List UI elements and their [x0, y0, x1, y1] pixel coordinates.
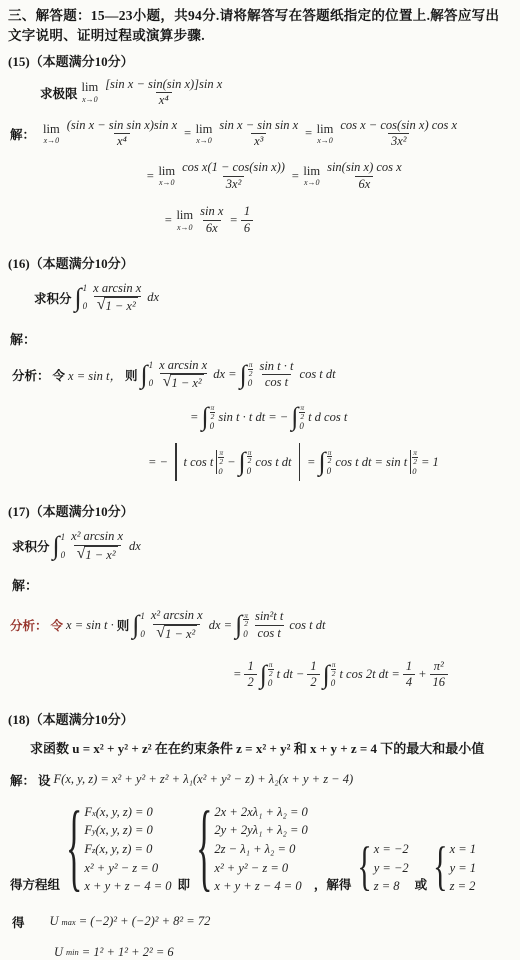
two: 2	[210, 412, 216, 421]
upper-bound-pi-over-2: π2	[243, 612, 249, 628]
fraction: cos x(1 − cos(sin x))3x²	[179, 160, 288, 192]
equals-sign: =	[229, 213, 237, 228]
lim-word: lim	[82, 81, 99, 94]
left-brace: {	[66, 801, 82, 900]
upper-bound-pi-over-2: π2	[299, 404, 305, 420]
upper-bound-pi-over-2: π2	[210, 404, 216, 420]
lower-bound: 0	[299, 422, 305, 431]
lower-bound: 0	[210, 422, 216, 431]
radicand: 1 − x²	[164, 625, 197, 643]
left-brace: {	[357, 841, 371, 895]
eval-bounds: π20	[218, 449, 224, 475]
solution-set-1: { x = −2 y = −2 z = 8	[357, 842, 408, 895]
u-symbol: U	[54, 945, 63, 960]
numerator: π²	[431, 659, 447, 675]
integral-0-pi2: ∫π20	[318, 449, 332, 476]
integrand: sin t · t dt	[218, 410, 265, 425]
lim-subscript: x→0	[304, 179, 320, 187]
numerator: 1	[244, 659, 256, 675]
lim-subscript: x→0	[159, 179, 175, 187]
denominator: 3x²	[388, 133, 410, 150]
equation-text: (x, y, z) = 0	[96, 805, 153, 821]
numerator: x arcsin x	[156, 358, 210, 374]
lim-word: lim	[317, 123, 334, 136]
upper-bound-pi-over-2: π2	[331, 661, 337, 677]
fraction: sin t · tcos t	[256, 359, 296, 391]
f-symbol: F	[84, 823, 92, 839]
upper-bound: 1	[83, 284, 88, 293]
q18-prompt: 求函数 u = x² + y² + z² 在在约束条件 z = x² + y² …	[30, 738, 512, 757]
q17-analysis-line: 分析： 令 x = sin t · 则 ∫10 x² arcsin x√1 − …	[10, 608, 512, 642]
plus-sign: +	[418, 667, 426, 682]
denominator: cos t	[262, 374, 291, 391]
equation-row: x + y + z − 4 = 0	[84, 879, 171, 895]
integral-0-pi2: ∫π20	[323, 661, 337, 688]
limit-operator: limx→0	[43, 123, 60, 146]
two: 2	[412, 457, 418, 466]
upper-bound-pi-over-2: π2	[412, 449, 418, 465]
ling-label: 令	[51, 616, 64, 634]
upper-bound: 1	[140, 612, 145, 621]
q16-analysis-line: 分析： 令 x = sin t， 则 ∫10 x arcsin x√1 − x²…	[12, 358, 512, 392]
q16-jie-label: 解：	[10, 329, 512, 348]
fraction: 12	[307, 659, 319, 691]
section-header: 三、解答题：15—23小题，共94分.请将解答写在答题纸指定的位置上.解答应写出…	[8, 6, 512, 47]
q16-prompt: 求积分 ∫10 x arcsin x√1 − x² dx	[34, 281, 512, 315]
lower-bound: 0	[61, 551, 66, 560]
lower-bound: 0	[83, 302, 88, 311]
solution-rows: x = 1 y = 1 z = 2	[450, 842, 476, 895]
two: 2	[268, 669, 274, 678]
denominator: √1 − x²	[153, 624, 200, 643]
fraction: x² arcsin x√1 − x²	[68, 529, 126, 563]
two: 2	[299, 412, 305, 421]
equals-minus: = −	[268, 410, 288, 425]
limit-operator: limx→0	[176, 209, 193, 232]
lower-bound: 0	[140, 630, 145, 639]
lim-word: lim	[158, 165, 175, 178]
upper-bound-pi-over-2: π2	[248, 361, 254, 377]
integral-bounds: π20	[210, 404, 216, 431]
q15-prompt: 求极限 limx→0 [sin x − sin(sin x)]sin xx⁴	[40, 77, 512, 109]
upper-bound: 1	[149, 361, 154, 370]
denominator: √1 − x²	[160, 373, 207, 392]
de-label: 得	[12, 913, 25, 931]
equation-row: 2x + 2xλ₁ + λ₂ = 0	[214, 805, 307, 821]
integral-bounds: π20	[299, 404, 305, 431]
two: 2	[331, 669, 337, 678]
integral-bounds: 10	[83, 284, 88, 311]
u-subscript: max	[62, 917, 76, 927]
fraction: sin(sin x) cos x6x	[324, 160, 405, 192]
pi: π	[300, 404, 304, 412]
integral-sign: ∫	[323, 664, 330, 686]
solution-row: y = −2	[374, 861, 409, 877]
dx-equals: dx =	[209, 618, 232, 633]
solution-row: x = −2	[374, 842, 409, 858]
integrand-tail: cos t dt	[300, 367, 336, 382]
q18-title: (18)（本题满分10分）	[8, 709, 512, 728]
lower-bound: 0	[218, 467, 224, 476]
lim-subscript: x→0	[82, 96, 98, 104]
denominator: 6x	[355, 176, 373, 193]
solution-set-2: { x = 1 y = 1 z = 2	[433, 842, 476, 895]
limit-operator: limx→0	[158, 165, 175, 188]
upper-bound: 1	[61, 533, 66, 542]
two: 2	[218, 457, 224, 466]
denominator: √1 − x²	[74, 545, 121, 564]
ji-label: 即	[178, 875, 191, 893]
integral-0-pi2: ∫π20	[291, 404, 305, 431]
denominator: x⁴	[114, 133, 130, 150]
pi: π	[248, 449, 252, 457]
lower-bound: 0	[331, 679, 337, 688]
integrand: t dt	[277, 667, 293, 682]
numerator: sin²t t	[252, 609, 286, 625]
ze-label: 则	[125, 366, 138, 384]
fraction: 16	[241, 204, 253, 236]
q16-line-c: = − t cos t π20 − ∫π20 cos t dt = ∫π20 c…	[148, 443, 512, 481]
fenxi-label: 分析：	[12, 366, 50, 384]
equation-text: (x, y, z) = 0	[95, 842, 152, 858]
lim-word: lim	[43, 123, 60, 136]
lim-subscript: x→0	[196, 137, 212, 145]
system-rows: Fx(x, y, z) = 0 Fy(x, y, z) = 0 Fz(x, y,…	[84, 805, 171, 895]
fraction: 12	[244, 659, 256, 691]
equals-sign: =	[190, 410, 198, 425]
fraction: x arcsin x√1 − x²	[90, 281, 144, 315]
lower-bound: 0	[327, 467, 333, 476]
two: 2	[248, 369, 254, 378]
equals-sign: =	[164, 213, 172, 228]
two: 2	[243, 619, 249, 628]
equation-row: 2z − λ₁ + λ₂ = 0	[214, 842, 307, 858]
limit-operator: limx→0	[317, 123, 334, 146]
solution-row: z = 8	[374, 879, 409, 895]
numerator: [sin x − sin(sin x)]sin x	[102, 77, 225, 93]
upper-bound-pi-over-2: π2	[268, 661, 274, 677]
q17-jie-label: 解：	[12, 575, 512, 594]
equation-row: x + y + z − 4 = 0	[214, 879, 307, 895]
system-label: 得方程组	[10, 875, 60, 893]
denominator: √1 − x²	[94, 296, 141, 315]
pi: π	[249, 361, 253, 369]
integral-sign: ∫	[291, 406, 298, 428]
integral-0-pi2: ∫π20	[260, 661, 274, 688]
solution-row: x = 1	[450, 842, 476, 858]
integral-bounds: π20	[331, 661, 337, 688]
result: = 1	[421, 455, 439, 470]
equals-sign: =	[307, 455, 315, 470]
ze-label: 则	[117, 616, 130, 634]
fenxi-label: 分析：	[10, 616, 48, 634]
fraction: sin x6x	[197, 204, 226, 236]
integral-sign: ∫	[260, 664, 267, 686]
integrand: cos t dt	[335, 455, 371, 470]
denominator: x⁴	[156, 92, 172, 109]
equals-sign: =	[291, 169, 299, 184]
equation-row: Fx(x, y, z) = 0	[84, 805, 171, 821]
pi: π	[269, 661, 273, 669]
solution-row: z = 2	[450, 879, 476, 895]
integral-bounds: π20	[268, 661, 274, 688]
q15-solution-line-2: = limx→0 cos x(1 − cos(sin x))3x² = limx…	[146, 160, 512, 192]
fraction: x arcsin x√1 − x²	[156, 358, 210, 392]
umax-value: = (−2)² + (−2)² + 8² = 72	[79, 914, 211, 929]
right-bracket-bar	[299, 443, 301, 481]
dx-term: dx	[129, 539, 141, 554]
equals-sint: = sin t	[374, 455, 407, 470]
integral-bounds: π20	[248, 361, 254, 388]
substitution: x = sin t ·	[66, 618, 114, 633]
numerator: cos x − cos(sin x) cos x	[337, 118, 460, 134]
lagrange-function: F(x, y, z) = x² + y² + z² + λ₁(x² + y² −…	[54, 772, 354, 787]
integral-0-1: ∫10	[75, 284, 88, 311]
equals-sign: =	[233, 667, 241, 682]
radicand: 1 − x²	[170, 374, 203, 392]
numerator: sin(sin x) cos x	[324, 160, 405, 176]
equation-row: x² + y² − z = 0	[84, 861, 171, 877]
integral-0-pi2: ∫π20	[239, 449, 253, 476]
lower-bound: 0	[412, 467, 418, 476]
equation-system-expanded: { 2x + 2xλ₁ + λ₂ = 0 2y + 2yλ₁ + λ₂ = 0 …	[196, 805, 308, 895]
q18-umin-line: Umin = 1² + 1² + 2² = 6	[54, 945, 512, 960]
denominator: x³	[251, 133, 266, 150]
denominator: cos t	[255, 625, 284, 642]
equation-system-F: { Fx(x, y, z) = 0 Fy(x, y, z) = 0 Fz(x, …	[66, 805, 172, 895]
integral-0-1: ∫10	[53, 533, 66, 560]
numerator: 1	[307, 659, 319, 675]
q16-ask-label: 求积分	[34, 289, 72, 307]
integral-sign: ∫	[132, 614, 139, 636]
limit-operator: limx→0	[82, 81, 99, 104]
equals-sign: =	[391, 667, 399, 682]
q18-setup-line: 解： 设 F(x, y, z) = x² + y² + z² + λ₁(x² +…	[10, 771, 512, 789]
pi: π	[332, 661, 336, 669]
equation-row: Fz(x, y, z) = 0	[84, 842, 171, 858]
jiede-label: ，解得	[314, 875, 352, 893]
pi: π	[413, 449, 417, 457]
lower-bound: 0	[248, 379, 254, 388]
numerator: x² arcsin x	[68, 529, 126, 545]
lim-subscript: x→0	[177, 224, 193, 232]
lim-word: lim	[196, 123, 213, 136]
integral-bounds: 10	[61, 533, 66, 560]
pi: π	[328, 449, 332, 457]
q17-ask-label: 求积分	[12, 537, 50, 555]
lower-bound: 0	[149, 379, 154, 388]
integral-0-1: ∫10	[132, 612, 145, 639]
limit-operator: limx→0	[303, 165, 320, 188]
integrand: cos t dt	[255, 455, 291, 470]
substitution: x = sin t，	[68, 366, 122, 384]
integral-bounds: π20	[243, 612, 249, 639]
q16-line-b: = ∫π20 sin t · t dt = − ∫π20 t d cos t	[190, 404, 512, 431]
denominator: 6	[241, 220, 253, 237]
numerator: sin x	[197, 204, 226, 220]
integral-0-pi2: ∫π20	[235, 612, 249, 639]
two: 2	[247, 456, 253, 465]
denominator: 2	[244, 674, 256, 691]
integrand: t d cos t	[308, 410, 347, 425]
fraction: cos x − cos(sin x) cos x3x²	[337, 118, 460, 150]
umin-value: = 1² + 1² + 2² = 6	[82, 945, 174, 960]
fraction: sin²t tcos t	[252, 609, 286, 641]
pi: π	[219, 449, 223, 457]
equation-row: 2y + 2yλ₁ + λ₂ = 0	[214, 823, 307, 839]
numerator: cos x(1 − cos(sin x))	[179, 160, 288, 176]
fraction: sin x − sin sin xx³	[216, 118, 301, 150]
fraction: 14	[403, 659, 415, 691]
lower-bound: 0	[243, 630, 249, 639]
equals-minus: = −	[148, 455, 168, 470]
numerator: sin x − sin sin x	[216, 118, 301, 134]
q15-solution-line-3: = limx→0 sin x6x = 16	[164, 204, 512, 236]
equals-sign: =	[146, 169, 154, 184]
left-brace: {	[196, 801, 212, 900]
term: t cos t	[184, 455, 214, 470]
integral-0-pi2: ∫π20	[201, 404, 215, 431]
numerator: sin t · t	[256, 359, 296, 375]
q17-title: (17)（本题满分10分）	[8, 501, 512, 520]
equation-text: (x, y, z) = 0	[96, 823, 153, 839]
integral-0-1: ∫10	[140, 361, 153, 388]
integral-sign: ∫	[240, 364, 247, 386]
upper-bound-pi-over-2: π2	[218, 449, 224, 465]
u-subscript: min	[66, 947, 79, 957]
denominator: 16	[430, 674, 449, 691]
dx-equals: dx =	[213, 367, 236, 382]
lim-word: lim	[303, 165, 320, 178]
upper-bound-pi-over-2: π2	[247, 449, 253, 465]
equals-sign: =	[183, 126, 191, 141]
pi: π	[211, 404, 215, 412]
numerator: 1	[241, 204, 253, 220]
solution-rows: x = −2 y = −2 z = 8	[374, 842, 409, 895]
q18-system-line: 得方程组 { Fx(x, y, z) = 0 Fy(x, y, z) = 0 F…	[10, 805, 512, 895]
numerator: x² arcsin x	[148, 608, 206, 624]
integral-bounds: 10	[149, 361, 154, 388]
integral-sign: ∫	[53, 535, 60, 557]
q17-prompt: 求积分 ∫10 x² arcsin x√1 − x² dx	[12, 529, 512, 563]
bar-line	[216, 450, 217, 474]
fraction: π²16	[430, 659, 449, 691]
numerator: x arcsin x	[90, 281, 144, 297]
lower-bound: 0	[268, 679, 274, 688]
limit-operator: limx→0	[196, 123, 213, 146]
integral-bounds: 10	[140, 612, 145, 639]
f-symbol: F	[84, 842, 92, 858]
radicand: 1 − x²	[84, 546, 117, 564]
dx-term: dx	[147, 290, 159, 305]
ling-label: 令	[53, 366, 66, 384]
integrand: t cos 2t dt	[339, 667, 388, 682]
q15-title: (15)（本题满分10分）	[8, 51, 512, 70]
denominator: 4	[403, 674, 415, 691]
huo-label: 或	[415, 875, 428, 893]
equation-row: x² + y² − z = 0	[214, 861, 307, 877]
q17-line-b: = 12 ∫π20 t dt − 12 ∫π20 t cos 2t dt = 1…	[233, 659, 512, 691]
two: 2	[327, 456, 333, 465]
integral-sign: ∫	[75, 287, 82, 309]
denominator: 2	[307, 674, 319, 691]
pi: π	[244, 612, 248, 620]
left-bracket-bar	[175, 443, 177, 481]
integral-sign: ∫	[140, 364, 147, 386]
q18-umax-line: 得 Umax = (−2)² + (−2)² + 8² = 72	[12, 913, 512, 931]
jie-label: 解：	[10, 125, 35, 143]
evaluation-bar: π20	[216, 449, 224, 475]
denominator: 6x	[203, 220, 221, 237]
upper-bound-pi-over-2: π2	[327, 449, 333, 465]
fraction: x² arcsin x√1 − x²	[148, 608, 206, 642]
system-rows: 2x + 2xλ₁ + λ₂ = 0 2y + 2yλ₁ + λ₂ = 0 2z…	[214, 805, 307, 895]
integral-sign: ∫	[239, 451, 246, 473]
integrand-tail: cos t dt	[289, 618, 325, 633]
lim-word: lim	[176, 209, 193, 222]
minus-sign: −	[227, 455, 235, 470]
u-symbol: U	[50, 914, 59, 929]
left-brace: {	[433, 841, 447, 895]
numerator: 1	[403, 659, 415, 675]
integral-sign: ∫	[318, 451, 325, 473]
f-symbol: F	[84, 805, 92, 821]
denominator: 3x²	[223, 176, 245, 193]
numerator: (sin x − sin sin x)sin x	[64, 118, 181, 134]
integral-sign: ∫	[235, 614, 242, 636]
integral-bounds: π20	[327, 449, 333, 476]
equals-sign: =	[304, 126, 312, 141]
minus-sign: −	[296, 667, 304, 682]
q15-solution-line-1: 解： limx→0 (sin x − sin sin x)sin xx⁴ = l…	[10, 118, 512, 150]
evaluation-bar: π20	[410, 449, 418, 475]
lower-bound: 0	[247, 467, 253, 476]
q16-title: (16)（本题满分10分）	[8, 253, 512, 272]
q15-ask-label: 求极限	[40, 84, 78, 102]
bar-line	[410, 450, 411, 474]
lim-subscript: x→0	[317, 137, 333, 145]
jie-label: 解：	[10, 771, 35, 789]
exam-answer-sheet: 三、解答题：15—23小题，共94分.请将解答写在答题纸指定的位置上.解答应写出…	[0, 0, 520, 960]
radicand: 1 − x²	[104, 297, 137, 315]
she-label: 设	[38, 771, 51, 789]
integral-sign: ∫	[201, 406, 208, 428]
solution-row: y = 1	[450, 861, 476, 877]
lim-subscript: x→0	[44, 137, 60, 145]
fraction: (sin x − sin sin x)sin xx⁴	[64, 118, 181, 150]
integral-bounds: π20	[247, 449, 253, 476]
equation-row: Fy(x, y, z) = 0	[84, 823, 171, 839]
integral-0-pi2: ∫π20	[240, 361, 254, 388]
eval-bounds: π20	[412, 449, 418, 475]
fraction: [sin x − sin(sin x)]sin xx⁴	[102, 77, 225, 109]
